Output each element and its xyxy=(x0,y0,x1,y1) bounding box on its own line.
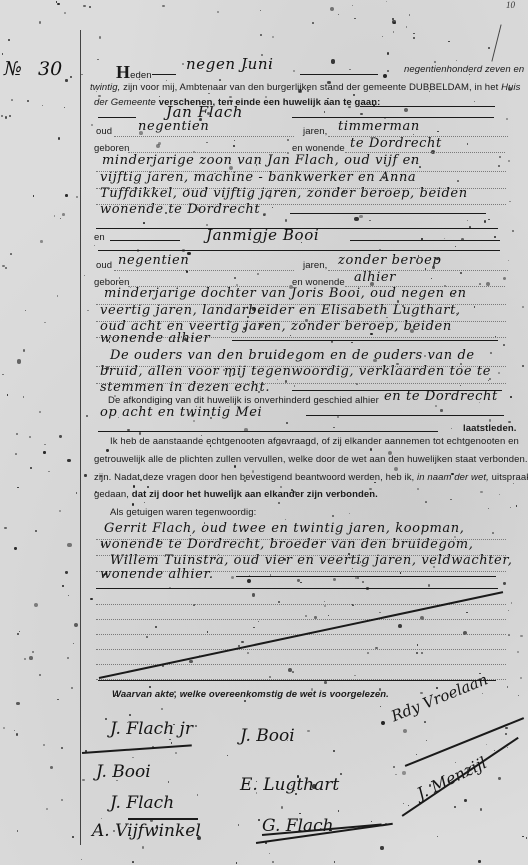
rule xyxy=(300,74,378,75)
groom-parents-line-1: minderjarige zoon van Jan Flach, oud vij… xyxy=(102,153,420,168)
in-naam-der-wet: in naam der wet, xyxy=(417,472,489,483)
heden-label: Heden xyxy=(116,62,152,83)
verbonden-text: dat zij door het huwelijk aan elkander z… xyxy=(132,489,378,500)
signature-bride: J. Booi xyxy=(240,726,295,746)
groom-parents-line-3: Tuffdikkel, oud vijftig jaren, zonder be… xyxy=(100,186,468,201)
signature-underline xyxy=(128,818,198,820)
rule xyxy=(96,588,498,589)
pencil-mark xyxy=(491,24,501,61)
declaration-line-4: gedaan, dat zij door het huwelijk aan el… xyxy=(94,489,378,500)
groom-occupation: timmerman xyxy=(338,119,420,134)
consent-line-1: De ouders van den bruidegom en de ouders… xyxy=(110,348,475,363)
rule xyxy=(236,576,496,577)
label-oud: oud xyxy=(96,126,112,137)
label-oud: oud xyxy=(96,260,112,271)
witnesses-label: Als getuigen waren tegenwoordig: xyxy=(110,507,256,518)
witness-line-4: wonende alhier. xyxy=(100,567,214,582)
bride-residence: alhier xyxy=(354,270,396,285)
bride-parents-line-4: wonende alhier xyxy=(100,331,210,346)
date-handwritten: negen Juni xyxy=(186,55,274,73)
header-line-2: twintig, zijn voor mij, Ambtenaar van de… xyxy=(90,82,520,93)
label-jaren: jaren, xyxy=(303,260,327,271)
declaration-line-3-text: zijn. Nadat deze vragen door hen bevesti… xyxy=(94,472,414,483)
rule xyxy=(232,340,498,341)
page-number: 10 xyxy=(506,0,515,10)
marriage-certificate-page: 10 № 30 Heden negen Juni negentienhonder… xyxy=(0,0,528,865)
official-text: zijn voor mij, Ambtenaar van den burgerl… xyxy=(123,82,498,93)
uitspraak-text: uitspraak xyxy=(492,472,528,483)
rule xyxy=(98,250,500,251)
declaration-line-3: zijn. Nadat deze vragen door hen bevesti… xyxy=(94,472,528,483)
drop-cap: H xyxy=(116,62,130,82)
act-number: № 30 xyxy=(4,58,62,80)
label-jaren: jaren, xyxy=(303,126,327,137)
rule xyxy=(360,106,495,107)
declaration-line-1: Ik heb de aanstaande echtgenooten afgevr… xyxy=(110,436,519,447)
signature-father-bride: J. Booi xyxy=(96,762,151,782)
dotted-rule xyxy=(114,136,294,137)
bride-name: Janmigje Booi xyxy=(206,226,319,244)
rule xyxy=(306,415,504,416)
huis-text: Huis xyxy=(501,82,520,93)
groom-parents-line-2: vijftig jaren, machine - bankwerker en A… xyxy=(100,170,416,185)
signature-official: J. Menzijl xyxy=(414,753,490,803)
witness-line-2: wonende te Dordrecht, broeder van den br… xyxy=(100,537,473,552)
gedaan-text: gedaan, xyxy=(94,489,129,500)
groom-age: negentien xyxy=(138,119,209,134)
label-en: en xyxy=(94,232,105,243)
signature-witness-2: A. Vijfwinkel xyxy=(92,821,201,841)
heden-rest: eden xyxy=(130,70,152,81)
century-printed: negentienhonderd zeven en xyxy=(404,64,524,75)
witness-line-1: Gerrit Flach, oud twee en twintig jaren,… xyxy=(104,521,464,536)
rule xyxy=(350,240,500,241)
bride-parents-line-1: minderjarige dochter van Joris Booi, oud… xyxy=(104,286,467,301)
laatstleden-label: laatstleden. xyxy=(463,423,516,434)
act-number-label: № xyxy=(4,58,22,80)
groom-parents-line-4: wonende te Dordrecht xyxy=(100,202,260,217)
signature-father-groom: J. Flach xyxy=(110,793,174,813)
bride-age: negentien xyxy=(118,253,189,268)
year-printed: twintig, xyxy=(90,82,120,93)
rule xyxy=(98,431,438,432)
rule xyxy=(98,680,496,681)
act-number-value: 30 xyxy=(38,58,62,80)
rule xyxy=(290,213,486,214)
signature-underline xyxy=(402,737,519,817)
consent-line-3: stemmen in dezen echt. xyxy=(100,380,270,395)
signature-underline xyxy=(405,717,524,766)
rule xyxy=(292,117,494,118)
groom-residence: te Dordrecht xyxy=(350,136,442,151)
witness-line-3: Willem Tuinstra, oud vier en veertig jar… xyxy=(110,553,512,568)
rule xyxy=(110,240,180,241)
dotted-rule xyxy=(114,270,294,271)
rule xyxy=(152,74,176,75)
rule xyxy=(98,117,136,118)
bride-parents-line-2: veertig jaren, landarbeider en Elisabeth… xyxy=(100,303,461,318)
signature-groom: J. Flach jr xyxy=(110,719,193,739)
proclamation-date: op acht en twintig Mei xyxy=(100,405,262,420)
margin-rule xyxy=(80,30,81,845)
dotted-rule xyxy=(96,649,506,650)
declaration-line-2: getrouwelijk alle de plichten zullen ver… xyxy=(94,454,528,465)
signature-mother-groom: E. Lugthart xyxy=(240,775,339,795)
consent-line-2: bruid, allen voor mij tegenwoordig, verk… xyxy=(100,364,491,379)
bride-occupation: zonder beroep xyxy=(338,253,441,268)
proclamation-place: en te Dordrecht xyxy=(384,389,498,404)
closing-text: Waarvan akte, welke overeenkomstig de we… xyxy=(112,689,389,700)
gemeente-text: der Gemeente xyxy=(94,97,156,108)
dotted-rule xyxy=(96,619,506,620)
